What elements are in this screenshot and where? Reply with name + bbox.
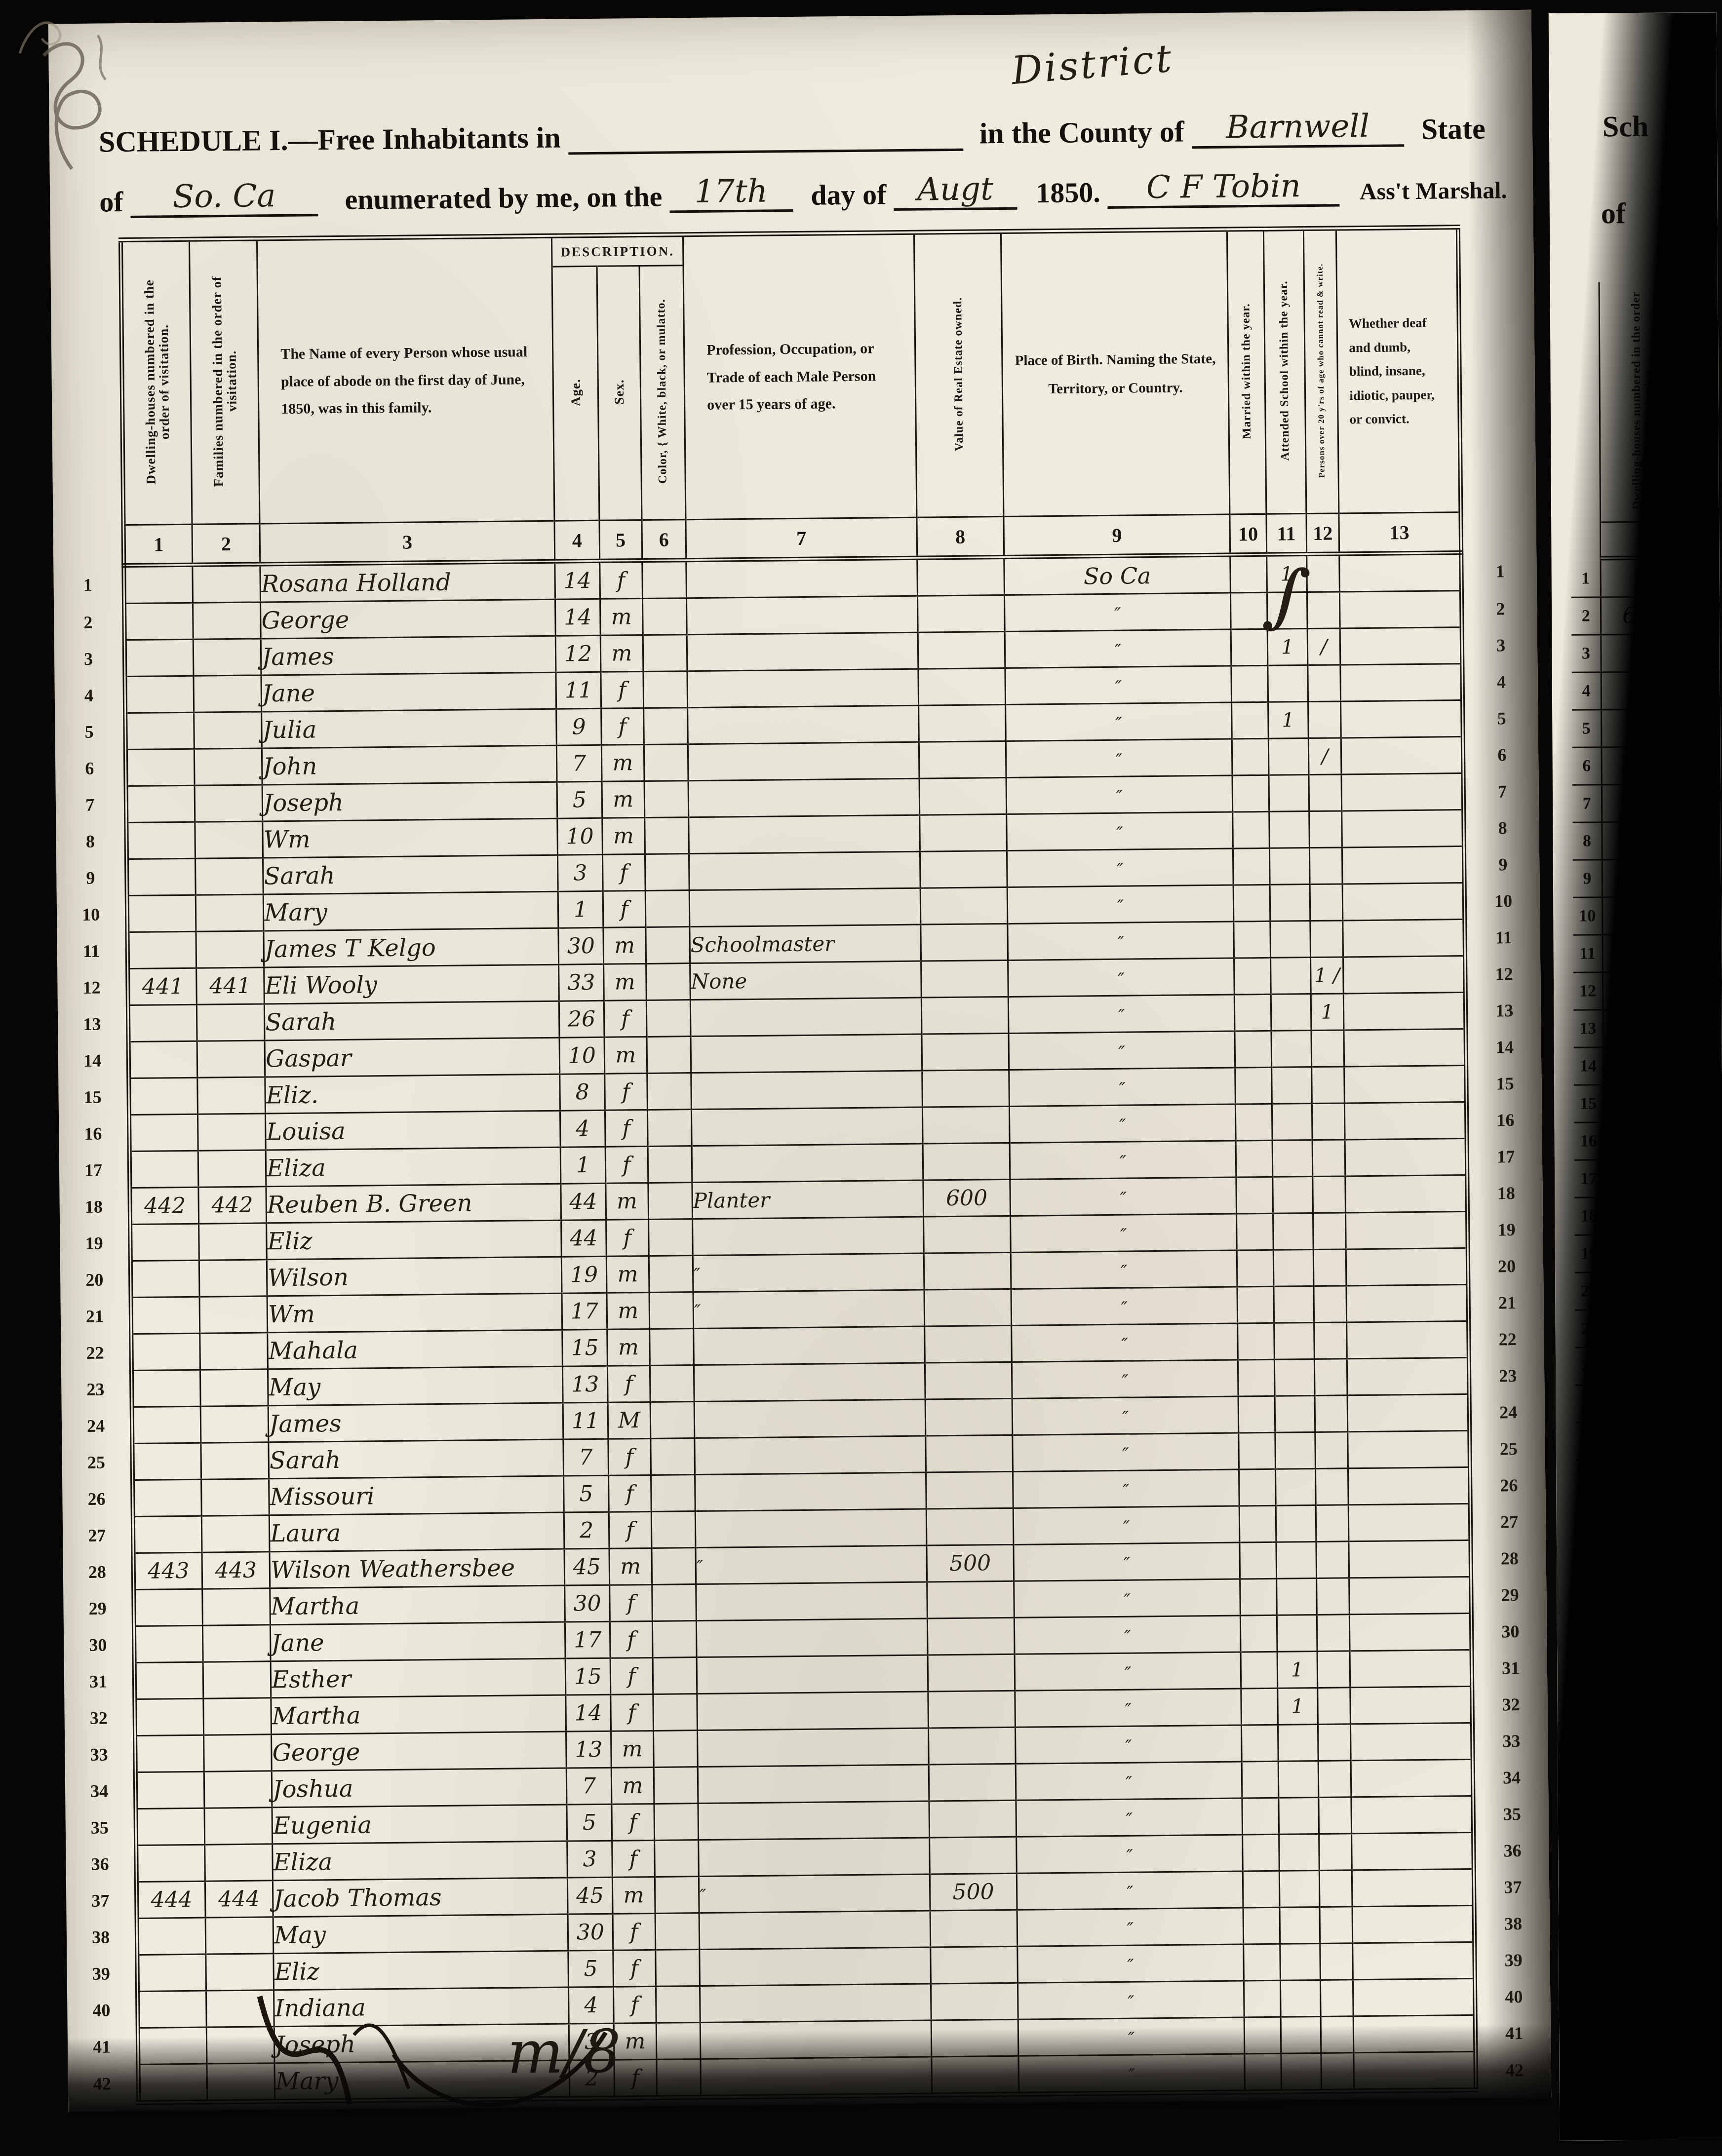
cell-condition	[1346, 1285, 1469, 1322]
cell-real-estate-value	[922, 1106, 1010, 1144]
cell-married-within-year	[1236, 1177, 1273, 1214]
cell-profession	[686, 558, 917, 598]
cell-condition	[1353, 1942, 1475, 1979]
cell-name: George	[261, 599, 556, 639]
cell-family-number	[195, 858, 263, 895]
cell-color	[651, 1475, 696, 1512]
row-number-right: 27	[1471, 1503, 1546, 1540]
cell-color	[649, 1256, 693, 1293]
cell-color	[642, 560, 687, 599]
cell-dwelling-number: 442	[130, 1187, 198, 1224]
cell-age: 10	[557, 818, 602, 855]
cell-married-within-year	[1231, 629, 1268, 666]
cell-condition	[1347, 1321, 1469, 1359]
cell-color	[645, 817, 689, 854]
cell-place-of-birth: ″	[1014, 1542, 1240, 1581]
cell-age: 26	[559, 1001, 604, 1038]
cell-condition	[1345, 1102, 1467, 1140]
row-number-left: 19	[60, 1225, 130, 1262]
row-number-left: 37	[66, 1882, 137, 1919]
row-number-left: 24	[62, 1407, 132, 1444]
cell-sex: f	[604, 1000, 647, 1037]
cell-sex: m	[604, 1037, 647, 1074]
cell-age: 17	[565, 1621, 610, 1658]
cell-age: 45	[564, 1548, 609, 1585]
cell-profession	[691, 1034, 922, 1073]
cell-cannot-read-write	[1309, 847, 1342, 885]
cell-name: Jane	[261, 672, 556, 712]
row-number-right: 23	[1469, 1357, 1545, 1394]
cell-age: 3	[567, 1841, 612, 1878]
cell-real-estate-value	[917, 595, 1005, 632]
cell-married-within-year	[1239, 1505, 1276, 1542]
cell-name: Wilson	[267, 1257, 562, 1296]
cell-sex: f	[610, 1657, 653, 1694]
cell-place-of-birth: ″	[1010, 1177, 1236, 1216]
cell-attended-school	[1275, 1432, 1315, 1469]
row-number-right: 34	[1473, 1759, 1549, 1796]
cell-dwelling-number	[136, 1845, 205, 1882]
table-header: Dwelling-houses numbered in the order of…	[50, 227, 1536, 566]
row-number-right: 10	[1464, 882, 1540, 919]
cell-color	[652, 1548, 696, 1585]
cell-family-number	[196, 931, 264, 968]
cell-dwelling-number	[134, 1589, 202, 1626]
col-dwelling-header: Dwelling-houses numbered in the order of…	[121, 239, 192, 525]
cell-attended-school	[1269, 811, 1309, 848]
cell-married-within-year	[1237, 1286, 1274, 1323]
cell-attended-school	[1274, 1359, 1315, 1396]
cell-married-within-year	[1237, 1250, 1274, 1287]
cell-dwelling-number	[126, 749, 195, 786]
cell-place-of-birth: ″	[1011, 1287, 1237, 1325]
row-number-left: 12	[57, 969, 128, 1006]
cell-color	[652, 1584, 697, 1621]
cell-married-within-year	[1243, 1907, 1280, 1944]
cell-sex: f	[603, 890, 646, 927]
cell-condition	[1345, 1175, 1468, 1213]
cell-attended-school	[1275, 1469, 1316, 1506]
col-num-9: 9	[1004, 514, 1230, 557]
cell-cannot-read-write	[1313, 1213, 1346, 1250]
cell-condition	[1350, 1686, 1473, 1724]
cell-age: 14	[555, 599, 600, 636]
cell-real-estate-value	[922, 1033, 1009, 1071]
cell-real-estate-value	[917, 557, 1004, 596]
row-number-right: 3	[1462, 626, 1537, 663]
cell-age: 3	[558, 854, 603, 891]
cell-cannot-read-write	[1316, 1541, 1349, 1578]
cell-cannot-read-write	[1312, 1103, 1345, 1140]
cell-place-of-birth: ″	[1005, 629, 1231, 668]
cell-cannot-read-write	[1319, 1870, 1352, 1907]
cell-profession	[688, 742, 919, 780]
cell-family-number	[199, 1260, 267, 1297]
row-number-right: 7	[1463, 772, 1539, 809]
cell-age: 13	[566, 1731, 611, 1768]
cell-family-number	[195, 785, 263, 822]
cell-name: Mary	[263, 891, 558, 931]
cell-real-estate-value	[929, 1764, 1016, 1801]
cell-condition	[1352, 1869, 1474, 1906]
cell-place-of-birth: So Ca	[1004, 555, 1230, 595]
row-number-right: 35	[1473, 1795, 1549, 1832]
cell-condition	[1340, 627, 1462, 665]
bottom-dark-fade	[68, 2023, 1551, 2117]
cell-dwelling-number	[137, 1954, 206, 1991]
cell-name: Eli Wooly	[264, 964, 559, 1004]
header-line-1: SCHEDULE I.—Free Inhabitants in in the C…	[99, 107, 1531, 160]
cell-married-within-year	[1238, 1323, 1275, 1360]
cell-profession	[699, 1838, 930, 1876]
row-number-right: 31	[1472, 1649, 1547, 1686]
cell-attended-school	[1273, 1250, 1314, 1287]
row-number-right: 20	[1468, 1247, 1544, 1284]
cell-sex: m	[612, 1877, 655, 1914]
cell-condition	[1350, 1650, 1472, 1687]
row-number-left: 11	[57, 932, 127, 969]
cell-sex: f	[613, 1913, 656, 1950]
cell-age: 19	[562, 1256, 607, 1293]
cell-profession	[688, 778, 919, 817]
cell-color	[648, 1146, 692, 1183]
row-number-left: 14	[58, 1042, 129, 1079]
cell-sex: f	[605, 1110, 648, 1147]
cell-attended-school	[1273, 1177, 1313, 1214]
cell-real-estate-value	[928, 1727, 1016, 1765]
cell-family-number	[199, 1333, 268, 1370]
cell-dwelling-number	[132, 1443, 201, 1480]
cell-place-of-birth: ″	[1016, 1762, 1242, 1800]
cell-sex: m	[603, 963, 646, 1001]
cell-real-estate-value	[921, 960, 1008, 998]
row-number-right: 13	[1466, 992, 1541, 1029]
cell-attended-school	[1278, 1761, 1319, 1798]
cell-sex: f	[606, 1219, 649, 1256]
col-num-6: 6	[642, 520, 686, 561]
cell-real-estate-value	[923, 1143, 1010, 1180]
cell-age: 11	[563, 1402, 608, 1439]
cell-name: May	[268, 1366, 563, 1406]
cell-name: James	[268, 1403, 563, 1442]
cell-dwelling-number	[135, 1735, 204, 1772]
row-number-left: 8	[56, 823, 126, 860]
row-number-left: 21	[61, 1298, 131, 1335]
cell-color	[651, 1511, 696, 1548]
cell-color	[647, 1037, 691, 1074]
cell-family-number: 442	[198, 1187, 267, 1224]
cell-attended-school	[1277, 1615, 1317, 1652]
cell-real-estate-value: 500	[927, 1544, 1014, 1582]
cell-name: Missouri	[269, 1476, 564, 1515]
cell-condition	[1340, 591, 1462, 628]
cell-family-number	[194, 675, 262, 712]
cell-place-of-birth: ″	[1016, 1798, 1242, 1837]
col-sex-header: Sex.	[597, 266, 642, 521]
cell-name: Eliz.	[265, 1074, 560, 1114]
cell-color	[647, 1073, 692, 1110]
cell-color	[645, 854, 689, 891]
cell-cannot-read-write: 1 /	[1310, 957, 1343, 994]
cell-color	[644, 708, 688, 745]
cell-dwelling-number	[130, 1224, 199, 1261]
cell-profession	[697, 1655, 928, 1694]
col-married-header: Married within the year.	[1227, 229, 1266, 514]
row-number-left: 39	[67, 1955, 137, 1992]
row-number-left: 26	[62, 1480, 133, 1517]
cell-attended-school	[1279, 1797, 1319, 1834]
cell-color	[644, 781, 689, 818]
cell-profession	[697, 1692, 928, 1730]
cell-place-of-birth: ″	[1017, 1908, 1243, 1946]
cell-family-number	[196, 1004, 265, 1041]
cell-family-number	[203, 1734, 272, 1771]
cell-place-of-birth: ″	[1018, 1944, 1244, 1983]
cell-attended-school	[1273, 1213, 1313, 1250]
cell-family-number	[194, 748, 262, 785]
county-label: in the County of	[979, 115, 1184, 150]
row-number-left: 27	[63, 1517, 133, 1554]
cell-place-of-birth: ″	[1005, 666, 1231, 704]
cell-name: John	[262, 745, 557, 785]
cell-place-of-birth: ″	[1007, 885, 1233, 924]
cell-color	[648, 1183, 693, 1220]
cell-color	[650, 1365, 694, 1402]
cell-condition	[1341, 700, 1463, 738]
cell-attended-school	[1276, 1505, 1316, 1542]
cell-dwelling-number: 443	[133, 1552, 202, 1589]
cell-sex: m	[609, 1548, 652, 1585]
cell-profession	[689, 851, 920, 890]
cell-profession: ″	[693, 1253, 924, 1292]
cell-condition	[1352, 1905, 1475, 1943]
cell-married-within-year	[1235, 1104, 1272, 1141]
row-number-right: 5	[1463, 699, 1538, 736]
census-table: Dwelling-houses numbered in the order of…	[50, 224, 1551, 2106]
row-number-left: 16	[59, 1115, 129, 1152]
cell-cannot-read-write	[1317, 1615, 1350, 1652]
cell-name: Laura	[269, 1512, 564, 1552]
right-gutter-header	[1458, 227, 1536, 553]
cell-place-of-birth: ″	[1009, 1031, 1235, 1070]
row-number-left: 3	[54, 640, 125, 677]
col-num-5: 5	[599, 520, 642, 561]
cell-real-estate-value	[925, 1362, 1012, 1399]
cell-married-within-year	[1232, 738, 1269, 775]
row-number-right: 26	[1470, 1466, 1546, 1503]
row-number-right: 9	[1464, 846, 1540, 883]
cell-dwelling-number	[128, 1041, 197, 1078]
cell-name: May	[273, 1914, 568, 1954]
row-number-left: 23	[61, 1371, 132, 1408]
cell-real-estate-value	[918, 704, 1006, 742]
row-number-right: 15	[1466, 1065, 1542, 1102]
cell-color	[649, 1292, 694, 1329]
cell-name: Esther	[271, 1658, 566, 1698]
row-number-left: 33	[65, 1735, 135, 1772]
cell-color	[650, 1329, 694, 1366]
cell-place-of-birth: ″	[1013, 1433, 1239, 1471]
cell-cannot-read-write	[1313, 1176, 1346, 1213]
cell-name: Joseph	[262, 782, 557, 821]
cell-age: 5	[564, 1475, 609, 1512]
cell-color	[647, 1110, 692, 1147]
cell-place-of-birth: ″	[1012, 1360, 1238, 1398]
cell-color	[651, 1438, 695, 1475]
of-label: of	[99, 186, 123, 218]
cell-cannot-read-write	[1314, 1359, 1347, 1396]
row-number-left: 32	[64, 1699, 135, 1736]
cell-cannot-read-write	[1315, 1468, 1348, 1505]
cell-attended-school	[1279, 1870, 1320, 1907]
row-number-left: 20	[60, 1261, 131, 1298]
cell-profession	[689, 815, 920, 853]
left-gutter-header	[50, 240, 124, 566]
cell-cannot-read-write	[1312, 1140, 1345, 1177]
cell-dwelling-number	[129, 1151, 198, 1188]
cell-cannot-read-write	[1320, 1907, 1353, 1944]
cell-attended-school	[1270, 958, 1311, 995]
cell-sex: f	[599, 561, 642, 599]
cell-family-number	[203, 1698, 272, 1735]
cell-name: Eliz	[267, 1220, 562, 1260]
col-num-7: 7	[686, 517, 917, 560]
marshal-signature-handwritten: C F Tobin	[1107, 167, 1340, 209]
cell-family-number	[198, 1223, 267, 1260]
row-number-left: 7	[56, 786, 126, 823]
cell-condition	[1348, 1431, 1470, 1468]
census-table-body: 1Rosana Holland14fSo Ca112George14m″∫23J…	[53, 552, 1551, 2103]
cell-cannot-read-write	[1316, 1578, 1349, 1615]
cell-married-within-year	[1239, 1432, 1276, 1469]
cell-real-estate-value	[927, 1617, 1015, 1655]
cell-real-estate-value	[920, 887, 1008, 924]
row-number-left: 1	[53, 566, 124, 604]
cell-family-number	[195, 821, 263, 858]
cell-dwelling-number	[127, 858, 196, 895]
cell-dwelling-number	[136, 1808, 204, 1845]
cell-family-number	[194, 712, 262, 749]
cell-real-estate-value	[930, 1910, 1018, 1947]
header-line-2: of So. Ca enumerated by me, on the 17th …	[99, 166, 1541, 222]
cell-sex: m	[607, 1329, 650, 1366]
cell-age: 5	[567, 1804, 612, 1841]
cell-real-estate-value	[918, 631, 1005, 669]
row-number-right: 19	[1468, 1211, 1543, 1248]
cell-attended-school	[1268, 665, 1308, 702]
row-number-right: 14	[1466, 1028, 1541, 1065]
cell-sex: f	[605, 1146, 648, 1183]
cell-cannot-read-write: /	[1307, 628, 1340, 665]
cell-married-within-year	[1232, 775, 1269, 812]
cell-color	[655, 1877, 699, 1914]
cell-sex: m	[607, 1292, 650, 1329]
cell-sex: f	[612, 1840, 655, 1877]
state-handwritten: So. Ca	[130, 177, 318, 218]
cell-family-number	[193, 602, 261, 639]
cell-profession	[689, 888, 920, 926]
cell-cannot-read-write	[1319, 1834, 1352, 1871]
cell-real-estate-value	[925, 1398, 1013, 1436]
cell-profession	[698, 1801, 929, 1840]
cell-dwelling-number	[132, 1370, 200, 1407]
cell-age: 7	[563, 1439, 608, 1476]
cell-condition	[1340, 664, 1463, 701]
cell-profession	[687, 669, 918, 707]
col-num-1: 1	[123, 524, 192, 565]
cell-condition	[1342, 810, 1464, 847]
cell-name: Wm	[263, 818, 558, 858]
cell-color	[643, 598, 687, 635]
cell-married-within-year	[1234, 958, 1271, 995]
row-number-right: 25	[1470, 1430, 1545, 1467]
cell-profession	[686, 596, 917, 634]
cell-place-of-birth: ″	[1008, 922, 1234, 960]
cell-dwelling-number	[125, 712, 194, 749]
cell-married-within-year	[1236, 1213, 1273, 1250]
cell-married-within-year	[1240, 1542, 1277, 1579]
cell-color	[643, 671, 688, 708]
cell-profession	[697, 1728, 928, 1767]
row-number-left: 22	[61, 1334, 131, 1371]
cell-married-within-year	[1235, 1067, 1272, 1104]
cell-real-estate-value: 600	[923, 1179, 1010, 1217]
cell-married-within-year	[1242, 1834, 1279, 1871]
cell-attended-school	[1280, 1943, 1320, 1980]
cell-color	[655, 1913, 700, 1950]
cell-condition	[1341, 773, 1464, 811]
cell-cannot-read-write: 1	[1311, 994, 1344, 1031]
strip-shadow-overlay	[1549, 12, 1722, 2141]
cell-age: 10	[559, 1037, 604, 1074]
row-number-left: 38	[67, 1918, 137, 1955]
cell-place-of-birth: ″	[1015, 1652, 1241, 1691]
col-num-13: 13	[1339, 512, 1461, 554]
cell-sex: f	[610, 1621, 653, 1658]
cell-profession: Planter	[692, 1180, 923, 1219]
cell-cannot-read-write	[1320, 1980, 1353, 2017]
cell-sex: m	[600, 599, 643, 636]
county-handwritten: Barnwell	[1191, 108, 1404, 149]
cell-name: James T Kelgo	[264, 928, 559, 967]
cell-name: Gaspar	[265, 1038, 560, 1077]
cell-real-estate-value	[929, 1800, 1017, 1838]
cell-condition	[1347, 1358, 1470, 1395]
col-num-12: 12	[1306, 513, 1339, 554]
cell-profession	[690, 998, 921, 1036]
cell-place-of-birth: ″	[1008, 995, 1234, 1033]
cell-profession	[699, 1911, 930, 1949]
cell-place-of-birth: ″	[1006, 775, 1232, 814]
cell-cannot-read-write	[1318, 1688, 1351, 1725]
cell-age: 5	[557, 781, 602, 818]
col-family-header: Families numbered in the order of visita…	[189, 238, 260, 524]
row-number-left: 13	[58, 1005, 128, 1042]
cell-married-within-year	[1231, 665, 1268, 702]
cell-married-within-year	[1233, 811, 1270, 848]
cell-age: 17	[562, 1293, 607, 1330]
cell-cannot-read-write	[1315, 1432, 1348, 1469]
cell-sex: f	[601, 708, 644, 745]
cell-profession	[696, 1582, 927, 1620]
cell-profession	[698, 1765, 929, 1803]
cell-cannot-read-write	[1310, 921, 1343, 958]
cell-condition	[1348, 1467, 1471, 1505]
cell-attended-school	[1272, 1104, 1312, 1141]
cell-married-within-year	[1236, 1140, 1273, 1177]
cell-dwelling-number	[137, 1918, 205, 1955]
cell-real-estate-value	[919, 777, 1007, 815]
